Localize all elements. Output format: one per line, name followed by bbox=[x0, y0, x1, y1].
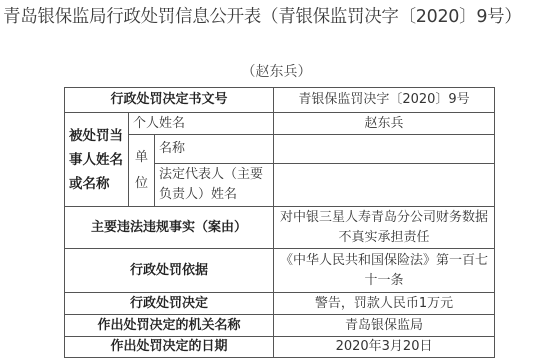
unit-name-value bbox=[274, 135, 495, 164]
table-row: 行政处罚依据 《中华人民共和国保险法》第一百七十一条 bbox=[65, 249, 495, 293]
basis-value: 《中华人民共和国保险法》第一百七十一条 bbox=[274, 249, 495, 293]
authority-label: 作出处罚决定的机关名称 bbox=[65, 315, 274, 337]
table-row: 行政处罚决定 警告，罚款人民币1万元 bbox=[65, 293, 495, 315]
unit-name-label: 名称 bbox=[155, 135, 274, 164]
penalty-info-table: 行政处罚决定书文号 青银保监罚决字〔2020〕9号 被处罚当事人姓名或名称 个人… bbox=[64, 87, 495, 358]
legal-rep-label: 法定代表人（主要负责人）姓名 bbox=[155, 164, 274, 207]
decision-label: 行政处罚决定 bbox=[65, 293, 274, 315]
table-row: 作出处罚决定的机关名称 青岛银保监局 bbox=[65, 315, 495, 337]
date-value: 2020年3月20日 bbox=[274, 337, 495, 358]
table-row: 主要违法违规事实（案由） 对中银三星人寿青岛分公司财务数据不真实承担责任 bbox=[65, 207, 495, 249]
table-row: 被处罚当事人姓名或名称 个人姓名 赵东兵 bbox=[65, 113, 495, 135]
date-label: 作出处罚决定的日期 bbox=[65, 337, 274, 358]
doc-no-label: 行政处罚决定书文号 bbox=[65, 88, 274, 113]
unit-label: 单位 bbox=[129, 135, 155, 207]
authority-value: 青岛银保监局 bbox=[274, 315, 495, 337]
party-label: 被处罚当事人姓名或名称 bbox=[65, 113, 129, 207]
personal-name-value: 赵东兵 bbox=[274, 113, 495, 135]
facts-label: 主要违法违规事实（案由） bbox=[65, 207, 274, 249]
table-row: 单位 名称 bbox=[65, 135, 495, 164]
personal-name-label: 个人姓名 bbox=[129, 113, 274, 135]
table-row: 行政处罚决定书文号 青银保监罚决字〔2020〕9号 bbox=[65, 88, 495, 113]
legal-rep-value bbox=[274, 164, 495, 207]
table-row: 作出处罚决定的日期 2020年3月20日 bbox=[65, 337, 495, 358]
document-subtitle: （赵东兵） bbox=[0, 61, 553, 81]
facts-value: 对中银三星人寿青岛分公司财务数据不真实承担责任 bbox=[274, 207, 495, 249]
basis-label: 行政处罚依据 bbox=[65, 249, 274, 293]
doc-no-value: 青银保监罚决字〔2020〕9号 bbox=[274, 88, 495, 113]
decision-value: 警告，罚款人民币1万元 bbox=[274, 293, 495, 315]
document-title: 青岛银保监局行政处罚信息公开表（青银保监罚决字〔2020〕9号） bbox=[3, 3, 522, 28]
